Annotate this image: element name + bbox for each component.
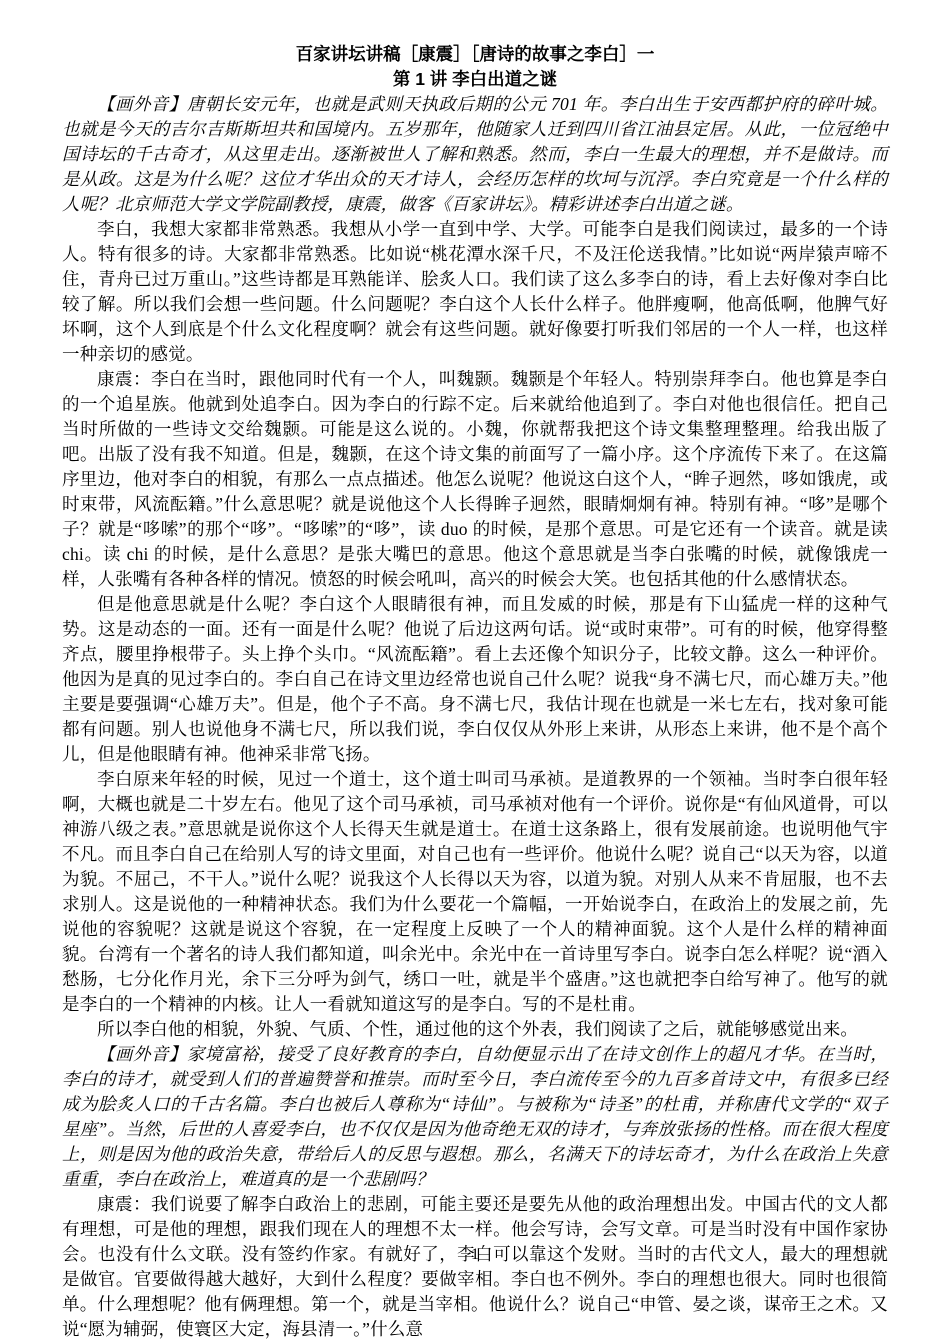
paragraph-body-2: 康震：李白在当时，跟他同时代有一个人，叫魏颢。魏颢是个年轻人。特别崇拜李白。他也… — [62, 367, 888, 592]
paragraph-body-3: 但是他意思就是什么呢？李白这个人眼睛很有神，而且发威的时候，那是有下山猛虎一样的… — [62, 592, 888, 767]
paragraph-body-1: 李白，我想大家都非常熟悉。我想从小学一直到中学、大学。可能李白是我们阅读过，最多… — [62, 217, 888, 367]
document-body: 【画外音】唐朝长安元年，也就是武则天执政后期的公元 701 年。李白出生于安西都… — [62, 92, 888, 1342]
document-page: 百家讲坛讲稿［康震］［唐诗的故事之李白］一 第 1 讲 李白出道之谜 【画外音】… — [0, 0, 950, 1344]
document-title: 百家讲坛讲稿［康震］［唐诗的故事之李白］一 — [62, 42, 888, 67]
paragraph-voiceover-2: 【画外音】家境富裕，接受了良好教育的李白，自幼便显示出了在诗文创作上的超凡才华。… — [62, 1042, 888, 1192]
paragraph-body-6: 康震：我们说要了解李白政治上的悲剧，可能主要还是要先从他的政治理想出发。中国古代… — [62, 1192, 888, 1342]
document-subtitle: 第 1 讲 李白出道之谜 — [62, 67, 888, 92]
paragraph-voiceover-intro: 【画外音】唐朝长安元年，也就是武则天执政后期的公元 701 年。李白出生于安西都… — [62, 92, 888, 217]
paragraph-body-5: 所以李白他的相貌，外貌、气质、个性，通过他的这个外表，我们阅读了之后，就能够感觉… — [62, 1017, 888, 1042]
paragraph-body-4: 李白原来年轻的时候，见过一个道士，这个道士叫司马承祯。是道教界的一个领袖。当时李… — [62, 767, 888, 1017]
page-number: 1 — [0, 1245, 950, 1265]
